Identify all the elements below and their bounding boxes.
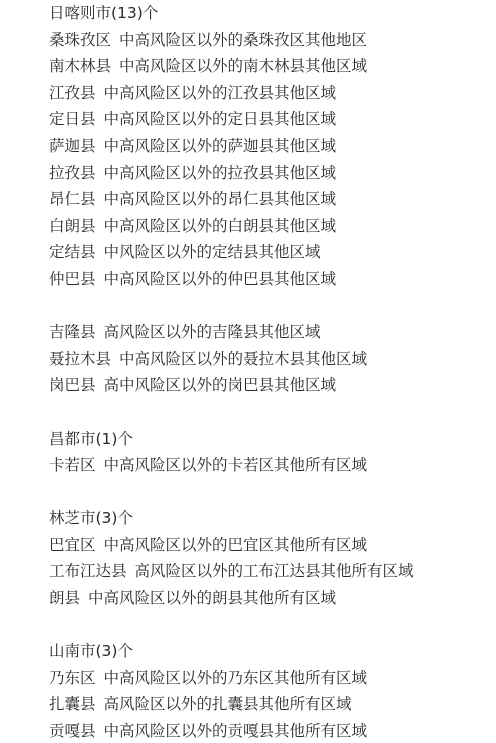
area-desc: 中高风险区以外的白朗县其他区域	[104, 217, 337, 235]
area-name: 定结县	[49, 243, 96, 261]
area-name: 南木林县	[49, 57, 111, 75]
area-desc: 高风险区以外的扎囊县其他所有区域	[104, 695, 352, 713]
list-item: 吉隆县高风险区以外的吉隆县其他区域	[49, 319, 489, 346]
list-item: 拉孜县中高风险区以外的拉孜县其他区域	[49, 160, 489, 187]
area-desc: 中高风险区以外的昂仁县其他区域	[104, 190, 337, 208]
area-desc: 高中风险区以外的岗巴县其他区域	[104, 376, 337, 394]
area-desc: 中高风险区以外的定日县其他区域	[104, 110, 337, 128]
list-item: 扎囊县高风险区以外的扎囊县其他所有区域	[49, 691, 489, 718]
list-item: 白朗县中高风险区以外的白朗县其他区域	[49, 213, 489, 240]
area-name: 桑珠孜区	[49, 31, 111, 49]
list-item: 萨迦县中高风险区以外的萨迦县其他区域	[49, 133, 489, 160]
area-name: 吉隆县	[49, 323, 96, 341]
city-header: 林芝市(3)个	[49, 505, 489, 532]
list-item: 贡嘎县中高风险区以外的贡嘎县其他所有区域	[49, 718, 489, 743]
list-item: 南木林县中高风险区以外的南木林县其他区域	[49, 53, 489, 80]
area-desc: 中高风险区以外的桑珠孜区其他地区	[119, 31, 367, 49]
area-name: 乃东区	[49, 669, 96, 687]
area-desc: 高风险区以外的吉隆县其他区域	[104, 323, 321, 341]
area-name: 卡若区	[49, 456, 96, 474]
list-item: 工布江达县高风险区以外的工布江达县其他所有区域	[49, 558, 489, 585]
list-item: 定日县中高风险区以外的定日县其他区域	[49, 106, 489, 133]
area-name: 聂拉木县	[49, 350, 111, 368]
area-desc: 中高风险区以外的巴宜区其他所有区域	[104, 536, 368, 554]
area-name: 朗县	[49, 589, 80, 607]
area-desc: 中高风险区以外的仲巴县其他区域	[104, 270, 337, 288]
list-item: 岗巴县高中风险区以外的岗巴县其他区域	[49, 372, 489, 399]
list-item: 巴宜区中高风险区以外的巴宜区其他所有区域	[49, 532, 489, 559]
area-name: 白朗县	[49, 217, 96, 235]
spacer	[49, 479, 489, 506]
area-name: 昂仁县	[49, 190, 96, 208]
list-item: 乃东区中高风险区以外的乃东区其他所有区域	[49, 665, 489, 692]
list-item: 朗县中高风险区以外的朗县其他所有区域	[49, 585, 489, 612]
city-header: 山南市(3)个	[49, 638, 489, 665]
area-desc: 中风险区以外的定结县其他区域	[104, 243, 321, 261]
area-name: 萨迦县	[49, 137, 96, 155]
area-desc: 中高风险区以外的萨迦县其他区域	[104, 137, 337, 155]
city-header: 日喀则市(13)个	[49, 0, 489, 27]
area-desc: 中高风险区以外的江孜县其他区域	[104, 84, 337, 102]
list-item: 仲巴县中高风险区以外的仲巴县其他区域	[49, 266, 489, 293]
area-name: 贡嘎县	[49, 722, 96, 740]
area-name: 工布江达县	[49, 562, 127, 580]
area-desc: 中高风险区以外的聂拉木县其他区域	[119, 350, 367, 368]
list-item: 卡若区中高风险区以外的卡若区其他所有区域	[49, 452, 489, 479]
city-header: 昌都市(1)个	[49, 426, 489, 453]
list-item: 江孜县中高风险区以外的江孜县其他区域	[49, 80, 489, 107]
area-desc: 中高风险区以外的朗县其他所有区域	[88, 589, 336, 607]
area-desc: 中高风险区以外的乃东区其他所有区域	[104, 669, 368, 687]
area-name: 巴宜区	[49, 536, 96, 554]
area-name: 拉孜县	[49, 164, 96, 182]
area-name: 定日县	[49, 110, 96, 128]
list-item: 聂拉木县中高风险区以外的聂拉木县其他区域	[49, 346, 489, 373]
spacer	[49, 293, 489, 320]
area-desc: 中高风险区以外的卡若区其他所有区域	[104, 456, 368, 474]
area-desc: 中高风险区以外的贡嘎县其他所有区域	[104, 722, 368, 740]
area-desc: 中高风险区以外的拉孜县其他区域	[104, 164, 337, 182]
spacer	[49, 399, 489, 426]
list-item: 昂仁县中高风险区以外的昂仁县其他区域	[49, 186, 489, 213]
area-name: 扎囊县	[49, 695, 96, 713]
spacer	[49, 612, 489, 639]
area-name: 仲巴县	[49, 270, 96, 288]
document-body: 日喀则市(13)个 桑珠孜区中高风险区以外的桑珠孜区其他地区 南木林县中高风险区…	[49, 0, 489, 743]
area-desc: 中高风险区以外的南木林县其他区域	[119, 57, 367, 75]
area-name: 江孜县	[49, 84, 96, 102]
list-item: 桑珠孜区中高风险区以外的桑珠孜区其他地区	[49, 27, 489, 54]
list-item: 定结县中风险区以外的定结县其他区域	[49, 239, 489, 266]
area-name: 岗巴县	[49, 376, 96, 394]
area-desc: 高风险区以外的工布江达县其他所有区域	[135, 562, 414, 580]
